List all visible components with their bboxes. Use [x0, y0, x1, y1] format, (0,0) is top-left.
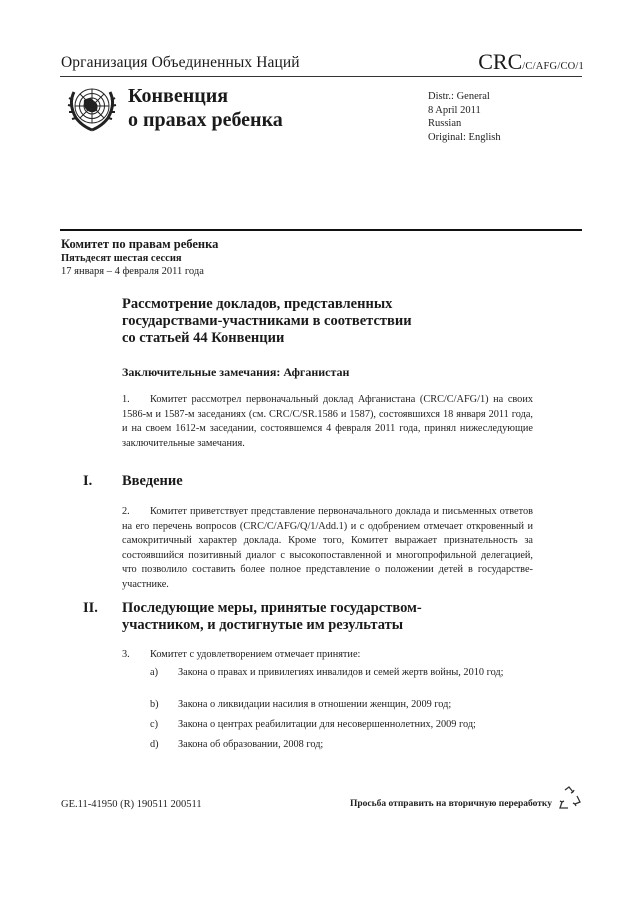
distr-status: Distr.: General	[428, 90, 501, 104]
symbol-suffix: /C/AFG/CO/1	[522, 61, 584, 72]
job-number: GE.11-41950 (R) 190511 200511	[61, 799, 202, 810]
recycle-icon	[556, 785, 582, 811]
list-item-label: b)	[150, 698, 178, 713]
list-item: d)Закона об образовании, 2008 год;	[122, 738, 533, 753]
paragraph-2: 2.Комитет приветствует представление пер…	[122, 505, 533, 592]
title-line2: государствами-участниками в соответствии	[122, 313, 502, 330]
committee-name: Комитет по правам ребенка	[61, 237, 218, 252]
convention-title: Конвенция о правах ребенка	[128, 84, 283, 132]
paragraph-number: 3.	[122, 648, 150, 663]
document-title: Рассмотрение докладов, представленных го…	[122, 296, 502, 347]
section-heading-intro: I. Введение	[83, 473, 503, 493]
title-line1: Рассмотрение докладов, представленных	[122, 296, 502, 313]
document-subtitle: Заключительные замечания: Афганистан	[122, 365, 349, 380]
section-title: Введение	[122, 473, 482, 490]
paragraph-number: 2.	[122, 505, 150, 520]
list-item-text: Закона о ликвидации насилия в отношении …	[178, 699, 451, 710]
list-item-label: a)	[150, 666, 178, 681]
committee-session: Пятьдесят шестая сессия	[61, 252, 218, 265]
list-item: c)Закона о центрах реабилитации для несо…	[122, 718, 533, 733]
committee-dates: 17 января – 4 февраля 2011 года	[61, 265, 218, 278]
convention-title-line1: Конвенция	[128, 84, 283, 108]
original-language: Original: English	[428, 131, 501, 145]
list-item-label: d)	[150, 738, 178, 753]
list-item: a)Закона о правах и привилегиях инвалидо…	[122, 666, 533, 681]
distribution-block: Distr.: General 8 April 2011 Russian Ori…	[428, 90, 501, 144]
list-item-label: c)	[150, 718, 178, 733]
convention-title-line2: о правах ребенка	[128, 108, 283, 132]
document-date: 8 April 2011	[428, 104, 501, 118]
committee-block: Комитет по правам ребенка Пятьдесят шест…	[61, 237, 218, 278]
list-item-text: Закона о центрах реабилитации для несове…	[178, 719, 476, 730]
section-rule	[60, 229, 582, 231]
list-item: b)Закона о ликвидации насилия в отношени…	[122, 698, 533, 713]
recycle-note: Просьба отправить на вторичную переработ…	[350, 799, 552, 809]
document-symbol: CRC/C/AFG/CO/1	[478, 49, 584, 75]
section-heading-follow-up: II. Последующие меры, принятые государст…	[83, 600, 503, 640]
list-item-text: Закона о правах и привилегиях инвалидов …	[178, 667, 504, 678]
paragraph-text: Комитет с удовлетворением отмечает приня…	[150, 649, 360, 660]
section-title: Последующие меры, принятые государством-…	[122, 600, 482, 634]
document-language: Russian	[428, 117, 501, 131]
paragraph-number: 1.	[122, 393, 150, 408]
un-emblem-icon	[62, 80, 122, 136]
organization-name: Организация Объединенных Наций	[61, 54, 300, 72]
list-item-text: Закона об образовании, 2008 год;	[178, 739, 323, 750]
paragraph-1: 1.Комитет рассмотрел первоначальный докл…	[122, 393, 533, 451]
paragraph-text: Комитет рассмотрел первоначальный доклад…	[122, 394, 533, 449]
section-number: I.	[83, 473, 92, 490]
symbol-main: CRC	[478, 49, 522, 74]
section-number: II.	[83, 600, 98, 617]
paragraph-3: 3.Комитет с удовлетворением отмечает при…	[122, 648, 533, 663]
header-rule	[60, 76, 582, 77]
paragraph-text: Комитет приветствует представление перво…	[122, 506, 533, 590]
title-line3: со статьей 44 Конвенции	[122, 330, 502, 347]
